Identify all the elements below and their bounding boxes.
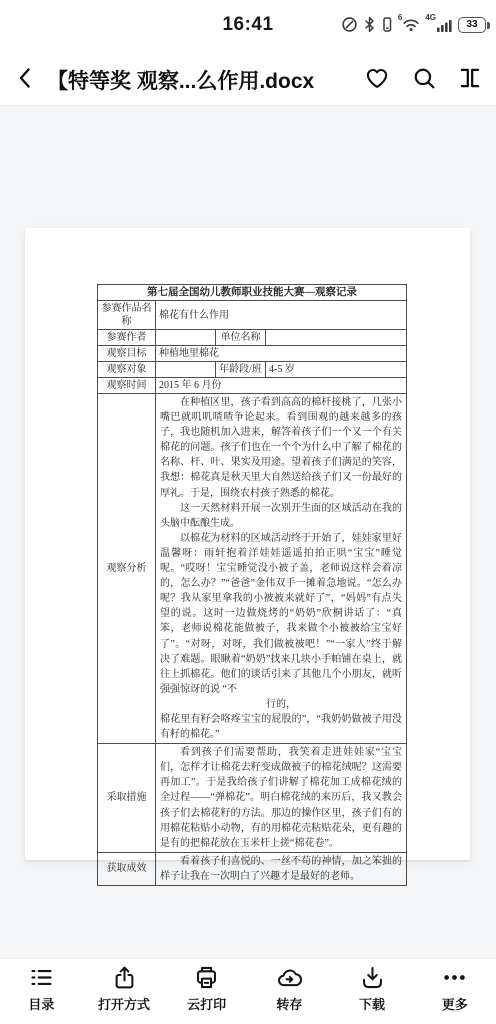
toolbar-label: 目录	[28, 994, 54, 1013]
time-value: 2015 年 6 月份	[156, 378, 407, 394]
cloud-print-icon	[193, 964, 220, 991]
observation-record-table: 第七届全国幼儿教师职业技能大赛—观察记录 参赛作品名称 棉花有什么作用 参赛作者…	[97, 284, 407, 886]
brackets-icon	[457, 65, 483, 96]
battery-percent: 33	[466, 19, 477, 30]
analysis-label: 观察分析	[98, 394, 156, 744]
back-button[interactable]	[13, 65, 37, 96]
unit-value-empty	[266, 330, 407, 346]
toolbar-label: 打开方式	[98, 994, 150, 1013]
header-bar: 【特等奖 观察...么作用.docx	[0, 55, 496, 106]
toolbar-label: 更多	[442, 994, 468, 1013]
open-with-icon	[111, 964, 138, 991]
extract-text-button[interactable]	[457, 65, 483, 96]
app-screen: 16:41 6	[0, 0, 496, 1024]
heart-icon	[363, 65, 391, 96]
more-icon	[441, 964, 468, 991]
toolbar-label: 云打印	[187, 994, 226, 1013]
toolbar-label: 下载	[359, 994, 385, 1013]
time-label: 观察时间	[98, 378, 156, 394]
work-name-label: 参赛作品名称	[98, 301, 156, 330]
toolbar-item-download[interactable]: 下载	[331, 959, 414, 1024]
toolbar-item-catalog[interactable]: 目录	[0, 959, 83, 1024]
search-button[interactable]	[411, 65, 437, 96]
table-row: 参赛作者 单位名称	[98, 330, 407, 346]
table-row: 观察目标 种植地里棉花	[98, 346, 407, 362]
favorite-button[interactable]	[363, 65, 391, 96]
toolbar-item-more[interactable]: 更多	[413, 959, 496, 1024]
toolbar-item-open-with[interactable]: 打开方式	[83, 959, 166, 1024]
document-page[interactable]: 第七届全国幼儿教师职业技能大赛—观察记录 参赛作品名称 棉花有什么作用 参赛作者…	[25, 228, 470, 860]
toolbar-item-cloud-save[interactable]: 转存	[248, 959, 331, 1024]
bluetooth-icon	[363, 16, 376, 33]
status-icons: 6 4G 33	[341, 16, 486, 33]
bottom-toolbar: 目录 打开方式 云打印	[0, 958, 496, 1024]
results-label: 获取成效	[98, 852, 156, 885]
table-row: 采取措施 看到孩子们需要帮助，我笑着走进娃娃家“宝宝们，怎样才让棉花去籽变成做被…	[98, 744, 407, 853]
work-name-value: 棉花有什么作用	[156, 301, 407, 330]
download-icon	[359, 964, 386, 991]
measures-label: 采取措施	[98, 744, 156, 853]
age-label: 年龄段/班	[216, 362, 266, 378]
results-content: 看着孩子们喜悦的、一丝不苟的神情，加之笨拙的样子让我在一次明白了兴趣才是最好的老…	[156, 852, 407, 885]
search-icon	[411, 65, 437, 96]
measures-content: 看到孩子们需要帮助，我笑着走进娃娃家“宝宝们，怎样才让棉花去籽变成做被子的棉花绒…	[156, 744, 407, 853]
unit-label: 单位名称	[216, 330, 266, 346]
header-actions	[363, 65, 483, 96]
table-row: 参赛作品名称 棉花有什么作用	[98, 301, 407, 330]
table-row: 观察对象 年龄段/班 4-5 岁	[98, 362, 407, 378]
signal-icon: 4G	[425, 17, 453, 33]
toolbar-item-cloud-print[interactable]: 云打印	[165, 959, 248, 1024]
analysis-content: 在种植区里，孩子看到高高的棉杆接桃了，几张小嘴巴就叽叽喳喳争论起来。看到围观的越…	[156, 394, 407, 744]
document-title: 【特等奖 观察...么作用.docx	[47, 65, 357, 95]
author-label: 参赛作者	[98, 330, 156, 346]
analysis-paragraph: 棉花里有籽会咯疼宝宝的屁股的”，“我奶奶做被子用没有籽的棉花。”	[160, 712, 402, 742]
table-title-row: 第七届全国幼儿教师职业技能大赛—观察记录	[98, 285, 407, 301]
battery-icon: 33	[458, 17, 486, 33]
analysis-paragraph: 这一天然材料开展一次别开生面的区域活动在我的头脑中酝酿生成。	[160, 501, 402, 531]
goal-label: 观察目标	[98, 346, 156, 362]
object-label: 观察对象	[98, 362, 156, 378]
data-saver-icon	[341, 16, 358, 33]
goal-value: 种植地里棉花	[156, 346, 407, 362]
wifi-icon: 6	[398, 17, 420, 33]
table-title: 第七届全国幼儿教师职业技能大赛—观察记录	[98, 285, 407, 301]
back-icon	[13, 65, 37, 96]
cloud-save-icon	[276, 964, 303, 991]
table-row: 观察时间 2015 年 6 月份	[98, 378, 407, 394]
object-value-empty	[156, 362, 216, 378]
list-icon	[28, 964, 55, 991]
status-bar: 16:41 6	[0, 0, 496, 55]
vibrate-icon	[381, 16, 393, 33]
toolbar-label: 转存	[276, 994, 302, 1013]
age-value: 4-5 岁	[266, 362, 407, 378]
analysis-center-line: 行的，	[160, 697, 402, 712]
table-row: 观察分析 在种植区里，孩子看到高高的棉杆接桃了，几张小嘴巴就叽叽喳喳争论起来。看…	[98, 394, 407, 744]
results-paragraph: 看着孩子们喜悦的、一丝不苟的神情，加之笨拙的样子让我在一次明白了兴趣才是最好的老…	[160, 854, 402, 884]
analysis-paragraph: 在种植区里，孩子看到高高的棉杆接桃了，几张小嘴巴就叽叽喳喳争论起来。看到围观的越…	[160, 395, 402, 501]
document-viewport[interactable]: 第七届全国幼儿教师职业技能大赛—观察记录 参赛作品名称 棉花有什么作用 参赛作者…	[0, 106, 496, 958]
analysis-paragraph: 以棉花为材料的区域活动终于开始了，娃娃家里好温馨呀：雨轩抱着洋娃娃遥遥拍拍正哄“…	[160, 531, 402, 697]
table-row: 获取成效 看着孩子们喜悦的、一丝不苟的神情，加之笨拙的样子让我在一次明白了兴趣才…	[98, 852, 407, 885]
measures-paragraph: 看到孩子们需要帮助，我笑着走进娃娃家“宝宝们，怎样才让棉花去籽变成做被子的棉花绒…	[160, 745, 402, 851]
author-value-empty	[156, 330, 216, 346]
